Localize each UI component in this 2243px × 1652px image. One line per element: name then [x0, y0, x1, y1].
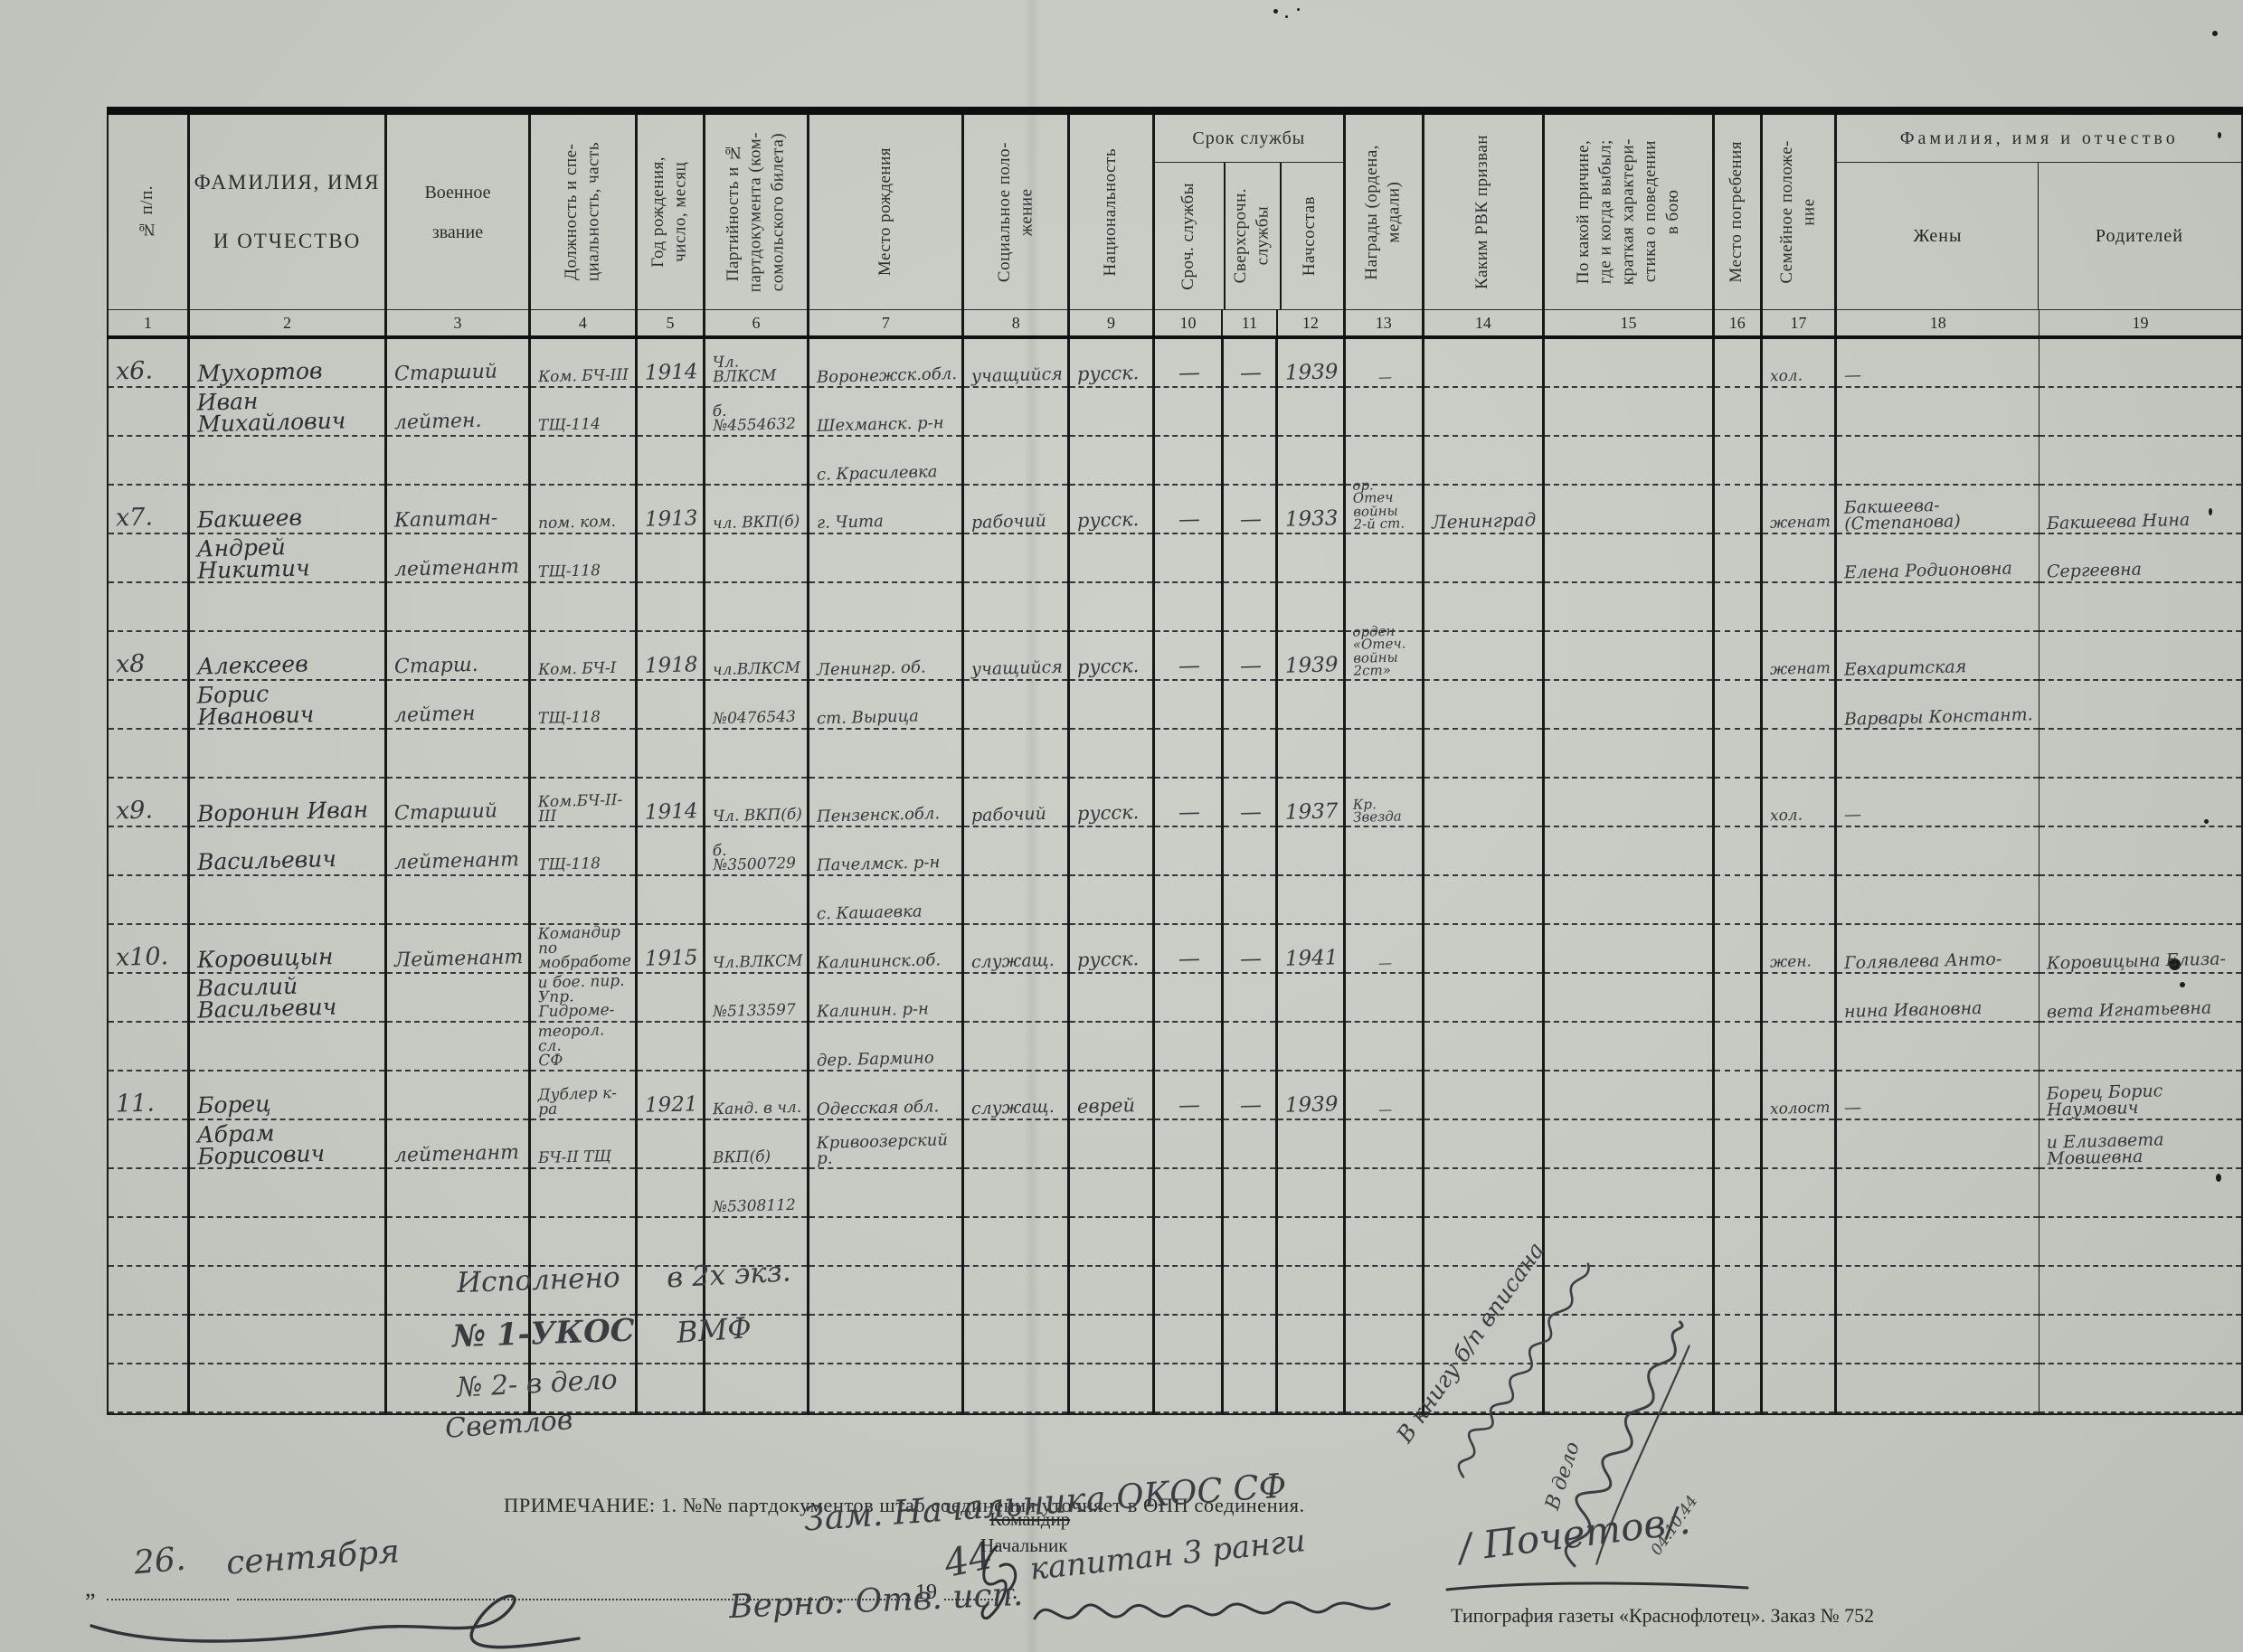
handwritten-entry: —	[1378, 1103, 1392, 1119]
handwritten-entry: с. Красилевка	[817, 464, 938, 485]
handwritten-entry: —	[1178, 656, 1200, 678]
writing-line	[1763, 1023, 1835, 1071]
cell-nat: еврей	[1069, 1071, 1154, 1218]
col-header-burial: Место погребения	[1713, 111, 1761, 310]
writing-line	[190, 1267, 385, 1316]
writing-line	[638, 974, 703, 1023]
cell-s1: —	[1153, 632, 1222, 779]
writing-line	[1424, 388, 1542, 437]
writing-line	[638, 1023, 703, 1071]
handwritten-entry: —	[1240, 363, 1263, 385]
col-header-social: Социальное поло- жение	[963, 111, 1069, 310]
writing-line	[1070, 1169, 1152, 1218]
writing-line: —	[1224, 632, 1276, 681]
writing-line: —	[1224, 1071, 1276, 1120]
writing-line	[1424, 779, 1542, 827]
cell-s2: —	[1222, 1071, 1277, 1218]
writing-line	[1424, 974, 1542, 1023]
handwritten-entry: Коровицын	[196, 946, 333, 973]
handwritten-entry: —	[1240, 802, 1263, 825]
writing-line: хол.	[1763, 339, 1835, 388]
cell-parents	[2039, 779, 2242, 925]
writing-line	[387, 1169, 527, 1218]
cell-family: женат	[1761, 632, 1836, 779]
date-month-handwritten: сентября	[225, 1533, 401, 1581]
handwritten-entry: —	[1240, 1095, 1263, 1118]
writing-line	[1424, 925, 1542, 974]
writing-line	[1278, 974, 1343, 1023]
writing-line: Воронин Иван	[190, 779, 385, 827]
writing-line: б.№3500729	[705, 827, 808, 876]
writing-line	[1224, 1120, 1276, 1169]
writing-line	[1763, 437, 1835, 486]
writing-line	[1837, 1218, 2039, 1267]
writing-line	[1224, 827, 1276, 876]
writing-line	[1837, 876, 2039, 925]
writing-line	[1155, 974, 1221, 1023]
handwritten-entry: х7.	[116, 506, 154, 533]
cell-pos: Дублер к-раБЧ-II ТЩ	[529, 1071, 637, 1218]
cell-nat: русск.	[1069, 632, 1154, 779]
handwritten-entry: х10.	[116, 946, 169, 972]
handwritten-entry: теорол. сл. СФ	[537, 1022, 631, 1070]
writing-line: русск.	[1070, 632, 1152, 681]
writing-line: —	[1837, 779, 2039, 827]
note-copies-count: в 2х экз.	[666, 1255, 791, 1294]
writing-line	[109, 730, 187, 779]
writing-line	[109, 388, 187, 437]
writing-line	[1545, 1071, 1712, 1120]
writing-line	[809, 730, 961, 779]
writing-line	[109, 876, 187, 925]
writing-line: х7.	[109, 486, 187, 534]
handwritten-entry: русск.	[1077, 657, 1140, 679]
writing-line: хол.	[1763, 779, 1835, 827]
cell-s3: 1939	[1277, 337, 1345, 486]
writing-line: Кривоозерский р.	[809, 1120, 961, 1169]
column-number: 8	[963, 310, 1069, 338]
handwritten-entry: и Елизавета Мовшевна	[2047, 1129, 2238, 1169]
writing-line	[1224, 1169, 1276, 1218]
column-number: 9	[1069, 310, 1154, 338]
col-header-fio: ФАМИЛИЯ, ИМЯ И ОТЧЕСТВО	[188, 111, 386, 310]
writing-line: Ленинград	[1424, 486, 1542, 534]
handwritten-entry: —	[1240, 949, 1263, 971]
cell-party: Канд. в чл.ВКП(б)№5308112	[704, 1071, 809, 1218]
writing-line	[964, 437, 1067, 486]
handwritten-entry: Ком. БЧ-I	[537, 661, 616, 679]
writing-line	[1545, 486, 1712, 534]
writing-line: №0476543	[705, 681, 808, 730]
col-group-service-term: Срок службы Сроч. службы Сверхсрочн. слу…	[1153, 111, 1344, 310]
cell-s1: —	[1153, 486, 1222, 632]
cell-parents	[2039, 632, 2242, 779]
handwritten-entry: Старший	[394, 363, 498, 387]
writing-line	[1278, 437, 1343, 486]
handwritten-entry: ТЩ-118	[537, 710, 600, 728]
writing-line	[1070, 730, 1152, 779]
writing-line	[1155, 1267, 1221, 1316]
cell-burial	[1713, 1071, 1761, 1218]
handwritten-entry: Кривоозерский р.	[817, 1132, 958, 1168]
col-header-rvk: Каким РВК призван	[1423, 111, 1543, 310]
writing-line	[1763, 974, 1835, 1023]
writing-line: Капитан-	[387, 486, 527, 534]
handwritten-entry: лейтенант	[394, 558, 520, 581]
cell-rvk	[1423, 779, 1543, 925]
writing-line: Андрей Никитич	[190, 534, 385, 583]
handwritten-entry: нина Ивановна	[1844, 1000, 1983, 1022]
writing-line: Борис Иванович	[190, 681, 385, 730]
writing-line	[705, 437, 808, 486]
cell-s3: 1937	[1277, 779, 1345, 925]
writing-line	[1424, 437, 1542, 486]
writing-line: Чл.ВЛКСМ	[705, 925, 808, 974]
writing-line	[109, 1364, 187, 1413]
cell-party: чл.ВЛКСМ№0476543	[704, 632, 809, 779]
writing-line	[190, 1023, 385, 1071]
writing-line	[1763, 730, 1835, 779]
pochetov-underline	[1443, 1579, 1751, 1597]
writing-line: лейтенант	[387, 1120, 527, 1169]
writing-line: —	[1155, 486, 1221, 534]
writing-line: Одесская обл.	[809, 1071, 961, 1120]
cell-born: Калининск.об.Калинин. р-ндер. Бармино	[809, 925, 963, 1071]
cell-social	[963, 1218, 1069, 1414]
writing-line	[1346, 1316, 1422, 1364]
col-header-social-label: Социальное поло- жение	[994, 142, 1038, 282]
writing-line: 1918	[638, 632, 703, 681]
writing-line	[964, 1364, 1067, 1413]
writing-line: лейтенант	[387, 827, 527, 876]
handwritten-entry: 1939	[1285, 1095, 1339, 1118]
writing-line: 1914	[638, 779, 703, 827]
writing-line	[1155, 388, 1221, 437]
writing-line: Сергеевна	[2040, 534, 2241, 583]
handwritten-captain-3rank: капитан 3 ранги	[1028, 1523, 1308, 1588]
writing-line	[109, 534, 187, 583]
writing-line	[1763, 583, 1835, 632]
writing-line: ст. Вырица	[809, 681, 961, 730]
writing-line	[2040, 388, 2241, 437]
cell-year: 1921	[637, 1071, 705, 1218]
table-tail-row	[108, 1218, 2242, 1414]
cell-party: Чл. ВЛКСМб.№4554632	[704, 337, 809, 486]
handwritten-entry: хол.	[1769, 368, 1803, 385]
writing-line: б.№4554632	[705, 388, 808, 437]
writing-line	[1155, 534, 1221, 583]
writing-line	[1424, 1071, 1542, 1120]
writing-line	[1715, 339, 1760, 388]
writing-line	[109, 1218, 187, 1267]
col-header-birthyear: Год рождения, число, месяц	[637, 111, 705, 310]
writing-line	[1278, 534, 1343, 583]
col-header-position-label: Должность и спе- циальность, часть	[561, 142, 605, 281]
writing-line: и Елизавета Мовшевна	[2040, 1120, 2241, 1169]
cell-rvk	[1423, 1071, 1543, 1218]
cell-born	[809, 1218, 963, 1414]
writing-line: х8	[109, 632, 187, 681]
col-header-rvk-label: Каким РВК призван	[1472, 135, 1494, 289]
cell-s2: —	[1222, 337, 1277, 486]
handwritten-entry: х8	[116, 653, 146, 678]
writing-line	[809, 1316, 961, 1364]
handwritten-entry: чл. ВКП(б)	[712, 514, 800, 533]
writing-line	[1070, 974, 1152, 1023]
handwritten-entry: служащ.	[971, 1099, 1055, 1119]
writing-line	[964, 827, 1067, 876]
writing-line: Коровицын	[190, 925, 385, 974]
handwritten-entry: —	[1378, 371, 1392, 386]
handwritten-entry: хол.	[1769, 807, 1803, 825]
writing-line: ТЩ-118	[531, 827, 636, 876]
cell-awards: —	[1344, 925, 1423, 1071]
cell-parents	[2039, 337, 2242, 486]
cell-s1: —	[1153, 1071, 1222, 1218]
writing-line	[1545, 632, 1712, 681]
writing-line: Мухортов	[190, 339, 385, 388]
cell-rank: лейтенант	[386, 1071, 529, 1218]
cell-born: Ленингр. об.ст. Вырица	[809, 632, 963, 779]
writing-line: —	[1837, 339, 2039, 388]
writing-line: Дублер к-ра	[531, 1071, 636, 1120]
cell-rank: Капитан-лейтенант	[386, 486, 529, 632]
writing-line	[1715, 1169, 1760, 1218]
writing-line	[1346, 974, 1422, 1023]
writing-line	[1155, 681, 1221, 730]
writing-line	[1545, 339, 1712, 388]
writing-line	[1346, 1023, 1422, 1071]
col-header-nationality-label: Национальность	[1100, 148, 1122, 276]
writing-line	[1763, 1267, 1835, 1316]
handwritten-entry: ТЩ-118	[537, 856, 600, 874]
writing-line	[964, 388, 1067, 437]
cell-s3: 1939	[1277, 632, 1345, 779]
writing-line	[1070, 437, 1152, 486]
writing-line: Абрам Борисович	[190, 1120, 385, 1169]
writing-line: 1939	[1278, 339, 1343, 388]
writing-line: Ленингр. об.	[809, 632, 961, 681]
relatives-subcolumns: Жены Родителей	[1837, 163, 2241, 309]
writing-line	[109, 1120, 187, 1169]
writing-line	[1715, 437, 1760, 486]
handwritten-entry: Евхаритская	[1844, 658, 1967, 680]
handwritten-entry: 1937	[1285, 802, 1339, 825]
subcol-wife: Жены	[1837, 163, 2038, 309]
writing-line: русск.	[1070, 339, 1152, 388]
cell-burial	[1713, 337, 1761, 486]
cell-s3: 1939	[1277, 1071, 1345, 1218]
writing-line: Васильевич	[190, 827, 385, 876]
writing-line	[964, 1120, 1067, 1169]
writing-line: Елена Родионовна	[1837, 534, 2039, 583]
writing-line: чл. ВКП(б)	[705, 486, 808, 534]
writing-line	[1346, 1169, 1422, 1218]
cell-nat: русск.	[1069, 486, 1154, 632]
writing-line	[964, 1267, 1067, 1316]
writing-line: х10.	[109, 925, 187, 974]
handwritten-entry: №5308112	[712, 1198, 795, 1217]
cell-family: холост	[1761, 1071, 1836, 1218]
writing-line: Иван Михайлович	[190, 388, 385, 437]
cell-rank: Старш.лейтен	[386, 632, 529, 779]
writing-line	[2040, 1169, 2241, 1218]
cell-parents	[2039, 1218, 2242, 1414]
writing-line	[1155, 827, 1221, 876]
handwritten-entry: Андрей Никитич	[196, 533, 381, 583]
writing-line: ор. Отеч войны 2-й ст.	[1346, 486, 1422, 534]
writing-line: №5133597	[705, 974, 808, 1023]
cell-s1: —	[1153, 779, 1222, 925]
writing-line	[1070, 583, 1152, 632]
handwritten-entry: 11.	[116, 1092, 156, 1119]
handwritten-entry: учащийся	[971, 659, 1063, 680]
cell-nat	[1069, 1218, 1154, 1414]
cell-wife: —	[1836, 779, 2040, 925]
writing-line	[1763, 876, 1835, 925]
writing-line	[1278, 388, 1343, 437]
writing-line	[1346, 388, 1422, 437]
writing-line	[1715, 534, 1760, 583]
writing-line: Старший	[387, 779, 527, 827]
writing-line: х9.	[109, 779, 187, 827]
writing-line	[638, 583, 703, 632]
handwritten-entry: Командир по мобработе	[537, 924, 631, 972]
writing-line: учащийся	[964, 339, 1067, 388]
writing-line	[109, 437, 187, 486]
writing-line	[1278, 1023, 1343, 1071]
column-number: 6	[704, 310, 809, 338]
writing-line: ТЩ-118	[531, 681, 636, 730]
subcol-regular-service-label: Сроч. службы	[1178, 183, 1200, 290]
handwritten-entry: —	[1844, 367, 1862, 386]
cell-awards: Кр. Звезда	[1344, 779, 1423, 925]
writing-line	[1224, 1023, 1276, 1071]
writing-line: жен.	[1763, 925, 1835, 974]
writing-line	[1278, 583, 1343, 632]
handwritten-entry: женат	[1769, 514, 1830, 533]
cell-s2	[1222, 1218, 1277, 1414]
cell-fio: МухортовИван Михайлович	[188, 337, 386, 486]
writing-line	[1155, 1169, 1221, 1218]
writing-line: русск.	[1070, 925, 1152, 974]
date-day-handwritten: 26.	[132, 1541, 187, 1582]
writing-line	[1070, 388, 1152, 437]
handwritten-entry: и бое. пир. Упр. Гидроме-	[537, 973, 631, 1021]
subcol-extended-service: Сверхсрочн. службы	[1224, 163, 1280, 309]
writing-line	[638, 1364, 703, 1413]
register-body: х6.МухортовИван МихайловичСтаршийлейтен.…	[108, 337, 2242, 1414]
handwritten-entry: 1939	[1285, 656, 1339, 678]
writing-line: 1921	[638, 1071, 703, 1120]
writing-line	[809, 583, 961, 632]
column-number: 1	[108, 310, 188, 338]
col-header-awards-label: Награды (ордена, медали)	[1361, 145, 1405, 280]
column-number: 13	[1344, 310, 1423, 338]
writing-line	[1424, 1023, 1542, 1071]
writing-line	[1424, 339, 1542, 388]
cell-row-number: х6.	[108, 337, 188, 486]
writing-line	[2040, 779, 2241, 827]
writing-line: лейтен.	[387, 388, 527, 437]
writing-line: служащ.	[964, 925, 1067, 974]
writing-line	[964, 1023, 1067, 1071]
col-header-rank-label: Военное звание	[387, 173, 527, 252]
writing-line	[1837, 1267, 2039, 1316]
writing-line	[1715, 730, 1760, 779]
scanned-register-page: № п/п. ФАМИЛИЯ, ИМЯ И ОТЧЕСТВО Военное з…	[0, 0, 2243, 1652]
handwritten-entry: Воронин Иван	[196, 799, 368, 827]
cell-pos: Ком. БЧ-IТЩ-118	[529, 632, 637, 779]
writing-line	[1424, 632, 1542, 681]
writing-line	[809, 1169, 961, 1218]
writing-line: пом. ком.	[531, 486, 636, 534]
cell-party: Чл. ВКП(б)б.№3500729	[704, 779, 809, 925]
writing-line	[1424, 583, 1542, 632]
handwritten-entry: Воронежск.обл.	[817, 366, 957, 387]
writing-line: Чл. ВЛКСМ	[705, 339, 808, 388]
writing-line	[1715, 1364, 1760, 1413]
cell-social: учащийся	[963, 632, 1069, 779]
writing-line	[190, 1218, 385, 1267]
ink-speck	[1297, 8, 1300, 11]
writing-line	[1155, 583, 1221, 632]
handwritten-entry: Лейтенант	[394, 949, 524, 973]
cell-rank: Старшийлейтенант	[386, 779, 529, 925]
cell-wife: —	[1836, 337, 2040, 486]
writing-line: Бакшеева-(Степанова)	[1837, 486, 2039, 534]
cell-family: женат	[1761, 486, 1836, 632]
handwritten-entry: Алексеев	[196, 654, 308, 680]
writing-line: русск.	[1070, 779, 1152, 827]
writing-line	[964, 583, 1067, 632]
writing-line	[638, 437, 703, 486]
writing-line	[1070, 827, 1152, 876]
writing-line	[109, 827, 187, 876]
handwritten-entry: Чл.ВЛКСМ	[712, 954, 802, 973]
col-header-party-label: Партийность и № партдокумента (ком- сомо…	[723, 132, 790, 292]
subcol-officer-corps-label: Начсостав	[1299, 196, 1321, 276]
cell-social: служащ.	[963, 1071, 1069, 1218]
writing-line	[1545, 876, 1712, 925]
writing-line: 1914	[638, 339, 703, 388]
writing-line	[387, 1023, 527, 1071]
writing-line	[531, 1169, 636, 1218]
subcol-extended-service-label: Сверхсрочн. службы	[1230, 188, 1274, 283]
cell-wife	[1836, 1218, 2040, 1414]
ink-speck	[1285, 15, 1288, 18]
handwritten-entry: с. Кашаевка	[817, 903, 923, 923]
cell-pos: Командир по мобработеи бое. пир. Упр. Ги…	[529, 925, 637, 1071]
writing-line: Варвары Констант.	[1837, 681, 2039, 730]
writing-line	[1155, 876, 1221, 925]
cell-fio: БакшеевАндрей Никитич	[188, 486, 386, 632]
writing-line	[190, 1169, 385, 1218]
writing-line	[1837, 583, 2039, 632]
writing-line	[1346, 681, 1422, 730]
handwritten-entry: 1918	[645, 656, 698, 678]
writing-line	[638, 1120, 703, 1169]
writing-line	[1545, 534, 1712, 583]
handwritten-entry: 1914	[645, 363, 698, 385]
writing-line	[1224, 730, 1276, 779]
table-row: 11.БорецАбрам БорисовичлейтенантДублер к…	[108, 1071, 2242, 1218]
writing-line	[2040, 339, 2241, 388]
cell-pos: Ком.БЧ-II-IIIТЩ-118	[529, 779, 637, 925]
writing-line: 1941	[1278, 925, 1343, 974]
cell-nat: русск.	[1069, 779, 1154, 925]
handwritten-entry: х9.	[116, 799, 154, 826]
